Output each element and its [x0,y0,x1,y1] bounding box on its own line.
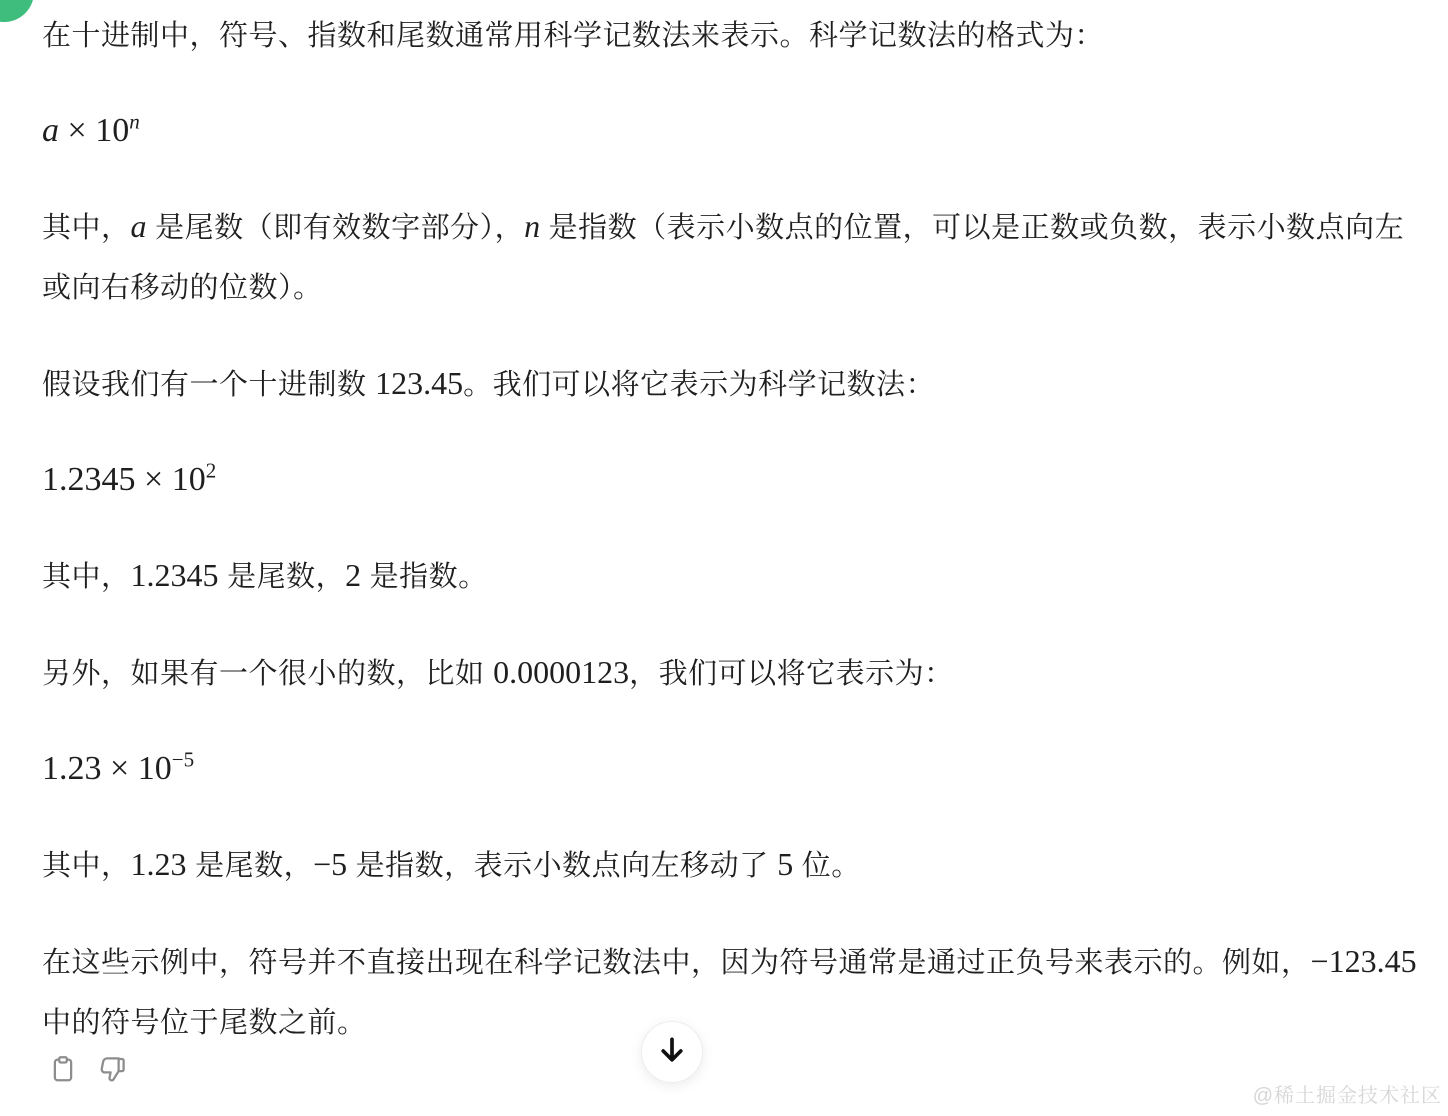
arrow-down-icon [655,1033,689,1072]
paragraph-text: 是指数，表示小数点向左移动了 [347,850,777,882]
dislike-button[interactable] [96,1052,130,1088]
paragraph-text: 位。 [793,850,861,882]
copy-button[interactable] [46,1052,80,1088]
math-variable: a [42,112,59,149]
inline-math: −123.45 [1311,943,1417,979]
assistant-avatar [0,0,34,22]
inline-math: 1.2345 [131,557,219,593]
clipboard-copy-icon [48,1053,78,1088]
paragraph-text: 另外，如果有一个很小的数，比如 [42,658,493,690]
paragraph: 其中，1.2345 是尾数，2 是指数。 [42,545,1418,607]
math-formula: a × 10n [42,101,1418,161]
paragraph-text: 其中， [42,561,131,593]
math-base: 10 [95,112,129,149]
paragraph: 其中，1.23 是尾数，−5 是指数，表示小数点向左移动了 5 位。 [42,834,1418,896]
paragraph-text: 是尾数， [187,850,314,882]
paragraph: 在十进制中，符号、指数和尾数通常用科学记数法来表示。科学记数法的格式为： [42,6,1418,66]
math-operator: × [59,112,95,149]
math-exponent: 2 [206,459,217,483]
inline-math: 5 [777,846,793,882]
math-operator: × [136,461,172,498]
paragraph: 另外，如果有一个很小的数，比如 0.0000123，我们可以将它表示为： [42,642,1418,704]
paragraph-text: 假设我们有一个十进制数 [42,369,375,401]
inline-math: 0.0000123 [493,654,629,690]
math-exponent: −5 [172,748,194,772]
paragraph-text: ，我们可以将它表示为： [629,658,954,690]
message-action-bar [46,1052,130,1088]
inline-math: n [524,208,540,244]
math-mantissa: 1.23 [42,750,102,787]
inline-math: 1.23 [131,846,187,882]
paragraph-text: 中的符号位于尾数之前。 [42,1007,367,1039]
math-base: 10 [138,750,172,787]
math-exponent: n [129,110,140,134]
math-base: 10 [172,461,206,498]
math-formula: 1.2345 × 102 [42,450,1418,510]
math-formula: 1.23 × 10−5 [42,739,1418,799]
math-operator: × [102,750,138,787]
paragraph-text: 在这些示例中，符号并不直接出现在科学记数法中，因为符号通常是通过正负号来表示的。… [42,947,1311,979]
paragraph-text: 是指数。 [361,561,488,593]
inline-math: 2 [345,557,361,593]
watermark: @稀土掘金技术社区 [1253,1079,1442,1108]
math-mantissa: 1.2345 [42,461,136,498]
inline-math: 123.45 [375,365,463,401]
assistant-message: 在十进制中，符号、指数和尾数通常用科学记数法来表示。科学记数法的格式为： a ×… [42,6,1418,1088]
paragraph-text: 。我们可以将它表示为科学记数法： [463,369,935,401]
paragraph-text: 是尾数， [219,561,346,593]
paragraph: 在这些示例中，符号并不直接出现在科学记数法中，因为符号通常是通过正负号来表示的。… [42,931,1418,1053]
paragraph-text: 是尾数（即有效数字部分）， [147,212,525,244]
paragraph-text: 其中， [42,212,131,244]
paragraph-text: 在十进制中，符号、指数和尾数通常用科学记数法来表示。科学记数法的格式为： [42,20,1104,52]
inline-math: a [131,208,147,244]
paragraph: 其中，a 是尾数（即有效数字部分），n 是指数（表示小数点的位置，可以是正数或负… [42,196,1418,318]
inline-math: −5 [313,846,347,882]
thumbs-down-icon [98,1053,128,1088]
scroll-to-bottom-button[interactable] [641,1021,703,1083]
paragraph-text: 其中， [42,850,131,882]
paragraph: 假设我们有一个十进制数 123.45。我们可以将它表示为科学记数法： [42,353,1418,415]
